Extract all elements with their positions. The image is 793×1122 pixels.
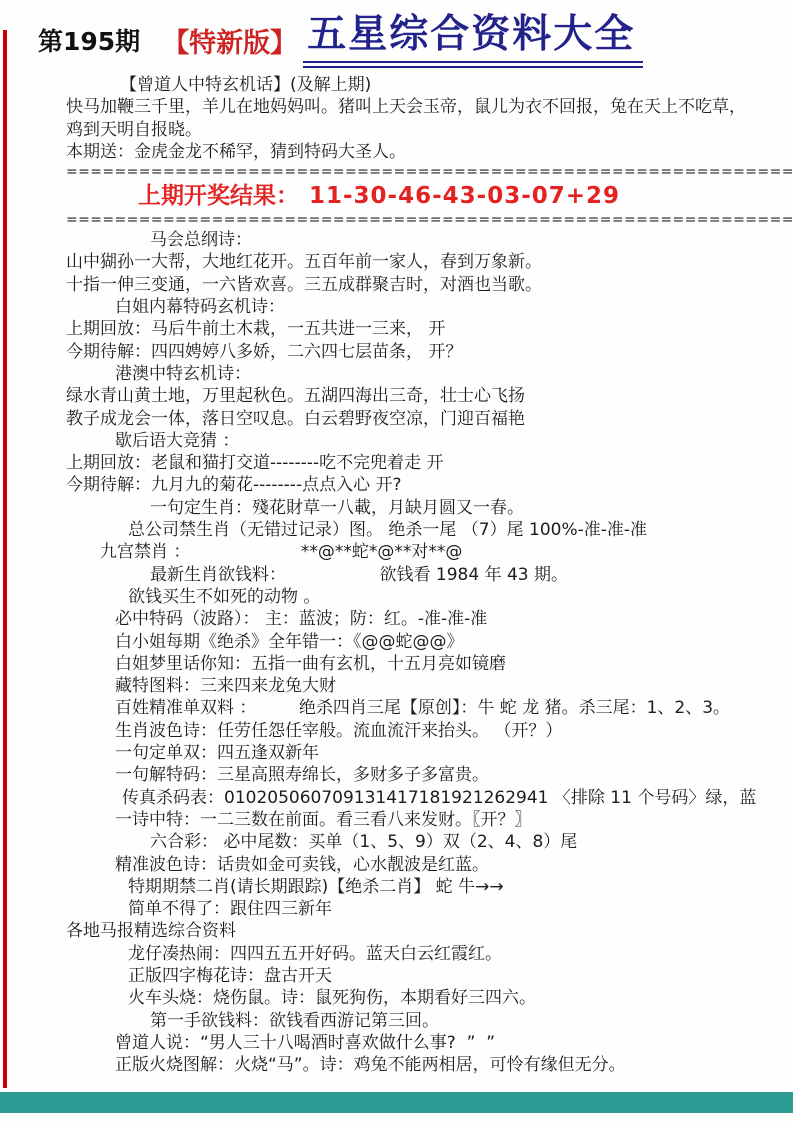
text-line: 一句解特码：三星高照寿绵长，多财多子多富贵。 <box>66 764 793 786</box>
text-line: 必中特码（波路）： 主：蓝波；防：红。-准-准-准 <box>66 608 793 630</box>
text-line: 总公司禁生肖（无错过记录）图。 绝杀一尾 （7）尾 100%-准-准-准 <box>66 519 793 541</box>
text-line: 山中猢孙一大帮，大地红花开。五百年前一家人，春到万象新。 <box>66 251 793 273</box>
text-line: 本期送：金虎金龙不稀罕，猜到特码大圣人。 <box>66 141 793 163</box>
text-line: 欲钱买生不如死的动物 。 <box>66 586 793 608</box>
divider-line: ========================================… <box>66 163 793 181</box>
text-line: 一诗中特：一二三数在前面。看三看八来发财。〖开？〗 <box>66 809 793 831</box>
bottom-border-bar <box>0 1092 793 1113</box>
text-line: 马会总纲诗： <box>66 229 793 251</box>
text-line: 正版四字梅花诗：盘古开天 <box>66 965 793 987</box>
text-line: 最新生肖欲钱料： 欲钱看 1984 年 43 期。 <box>66 564 793 586</box>
text-line: 六合彩： 必中尾数：买单（1、5、9）双（2、4、8）尾 <box>66 831 793 853</box>
text-line: 精准波色诗：话贵如金可卖钱，心水靓波是红蓝。 <box>66 854 793 876</box>
text-line: 教子成龙会一体，落日空叹息。白云碧野夜空凉，门迎百福艳 <box>66 408 793 430</box>
text-line: 绿水青山黄土地，万里起秋色。五湖四海出三奇，壮士心飞扬 <box>66 385 793 407</box>
text-line: 火车头烧：烧伤鼠。诗：鼠死狗伤，本期看好三四六。 <box>66 987 793 1009</box>
last-draw-result: 上期开奖结果：11-30-46-43-03-07+29 <box>66 181 793 211</box>
text-line: 一句定生肖：殘花財草一八載，月缺月圆又一春。 <box>66 497 793 519</box>
text-line: 一句定单双：四五逢双新年 <box>66 742 793 764</box>
text-line: 白小姐每期《绝杀》全年错一：《@@蛇@@》 <box>66 631 793 653</box>
text-line: 【曾道人中特玄机话】(及解上期) <box>66 74 793 96</box>
divider-line: ========================================… <box>66 211 793 229</box>
text-line: 白姐内幕特码玄机诗： <box>66 296 793 318</box>
text-line: 传真杀码表：010205060709131417181921262941 〈排除… <box>66 787 793 809</box>
result-label: 上期开奖结果： <box>138 183 299 209</box>
text-line: 港澳中特玄机诗： <box>66 363 793 385</box>
text-line: 百姓精准单双料 ： 绝杀四肖三尾【原创】：牛 蛇 龙 猪。杀三尾：1、2、3。 <box>66 697 793 719</box>
result-numbers: 11-30-46-43-03-07+29 <box>309 183 620 209</box>
text-line: 第一手欲钱料：欲钱看西游记第三回。 <box>66 1010 793 1032</box>
text-line: 上期回放：老鼠和猫打交道--------吃不完兜着走 开 <box>66 452 793 474</box>
content: 【曾道人中特玄机话】(及解上期)快马加鞭三千里，羊儿在地妈妈叫。猪叫上天会玉帝，… <box>0 68 793 1076</box>
issue-number: 第195期 <box>38 22 140 68</box>
text-line: 特期期禁二肖(请长期跟踪)【绝杀二肖】 蛇 牛→→ <box>66 876 793 898</box>
text-line: 白姐梦里话你知：五指一曲有玄机，十五月亮如镜磨 <box>66 653 793 675</box>
text-line: 龙仔凑热闹：四四五五开好码。蓝天白云红霞红。 <box>66 943 793 965</box>
left-border-bar <box>3 30 7 1088</box>
text-line: 今期待解：四四娉婷八多娇，二六四七层苗条， 开？ <box>66 341 793 363</box>
text-line: 简单不得了：跟住四三新年 <box>66 898 793 920</box>
text-line: 上期回放：马后牛前土木栽，一五共进一三来， 开 <box>66 318 793 340</box>
text-line: 藏特图料：三来四来龙兔大财 <box>66 675 793 697</box>
edition-badge: 【特新版】 <box>162 21 297 68</box>
text-line: 歇后语大竞猜 ： <box>66 430 793 452</box>
lottery-info-sheet: 第195期 【特新版】 五星综合资料大全 【曾道人中特玄机话】(及解上期)快马加… <box>0 0 793 1122</box>
text-line: 曾道人说：“男人三十八喝酒时喜欢做什么事? ” ” <box>66 1032 793 1054</box>
text-line: 快马加鞭三千里，羊儿在地妈妈叫。猪叫上天会玉帝，鼠儿为衣不回报，兔在天上不吃草， <box>66 96 793 118</box>
page-title: 五星综合资料大全 <box>303 3 643 68</box>
text-line: 生肖波色诗：任劳任怨任宰般。流血流汗来抬头。 （开？） <box>66 720 793 742</box>
text-line: 今期待解：九月九的菊花--------点点入心 开? <box>66 474 793 496</box>
text-line: 鸡到天明自报晓。 <box>66 119 793 141</box>
text-line: 九宫禁肖 ： **@**蛇*@**对**@ <box>66 541 793 563</box>
masthead: 第195期 【特新版】 五星综合资料大全 <box>0 0 793 68</box>
text-line: 各地马报精选综合资料 <box>66 920 793 942</box>
intro-section: 【曾道人中特玄机话】(及解上期)快马加鞭三千里，羊儿在地妈妈叫。猪叫上天会玉帝，… <box>66 74 793 163</box>
body-section: 马会总纲诗：山中猢孙一大帮，大地红花开。五百年前一家人，春到万象新。十指一伸三变… <box>66 229 793 1076</box>
text-line: 十指一伸三变通，一六皆欢喜。三五成群聚吉时，对酒也当歌。 <box>66 274 793 296</box>
text-line: 正版火烧图解：火烧“马”。诗：鸡兔不能两相居，可怜有缘但无分。 <box>66 1054 793 1076</box>
